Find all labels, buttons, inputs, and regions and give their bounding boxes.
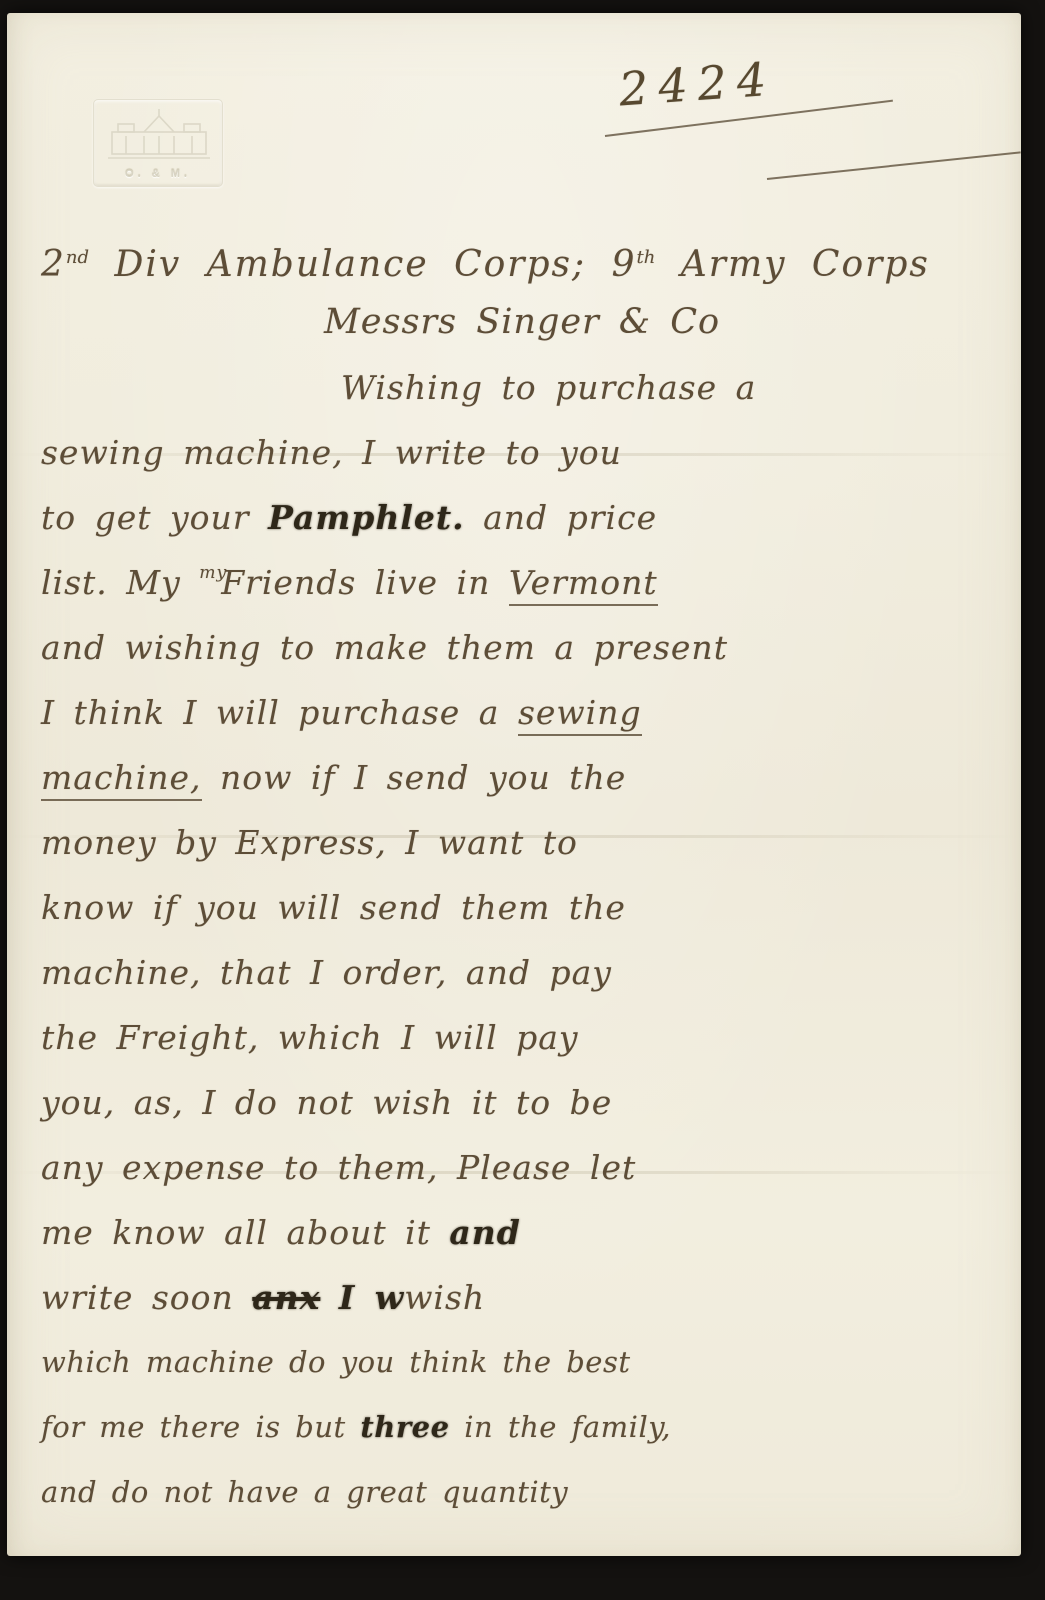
line-text: wish [404,1278,485,1317]
ink-blotted-word: three [360,1410,449,1444]
letter-line: you, as, I do not wish it to be [41,1070,1003,1135]
letter-line: write soon anx I wwish [41,1265,1003,1330]
ink-blotted-word: Pamphlet. [268,498,465,537]
letter-line: and wishing to make them a present [41,615,1003,680]
letter-line: list. My myFriends live in Vermont [41,550,1003,615]
heading-text: Army Corps [655,244,930,285]
letter-line: for me there is but three in the family, [41,1395,1003,1460]
ink-blotted-word: and [449,1213,520,1252]
ordinal-superscript: th [637,247,656,268]
letter-line: me know all about it and [41,1200,1003,1265]
line-text [320,1278,339,1317]
line-text: list. My [41,563,199,602]
letter-paper: O. & M. 2424 2nd Div Ambulance Corps; 9t… [7,13,1021,1556]
underlined-word: Vermont [509,563,658,606]
letter-line: machine, now if I send you the [41,745,1003,810]
letter-line: sewing machine, I write to you [41,420,1003,485]
line-text: to get your [41,498,268,537]
line-text: Friends live in [221,563,509,602]
heading-text: 2 [41,244,66,285]
handwritten-letter-body: 2nd Div Ambulance Corps; 9th Army Corps … [41,225,1003,1525]
underlined-word: machine, [41,758,202,801]
line-text: I think I will purchase a [41,693,518,732]
underlined-word: sewing [518,693,642,736]
line-text: write soon [41,1278,252,1317]
letter-line: machine, that I order, and pay [41,940,1003,1005]
ordinal-superscript: nd [66,247,89,268]
letter-line: which machine do you think the best [41,1330,1003,1395]
ink-blotted-word: I w [339,1278,404,1317]
letter-line: to get your Pamphlet. and price [41,485,1003,550]
line-text: in the family, [450,1410,671,1444]
line-text: now if I send you the [202,758,627,797]
embossed-stationery-stamp: O. & M. [93,99,223,187]
handwritten-page-number: 2424 [617,52,777,117]
letter-salutation: Messrs Singer & Co [41,290,1003,355]
heading-text: Div Ambulance Corps; 9 [89,244,636,285]
letter-line: I think I will purchase a sewing [41,680,1003,745]
letter-line: any expense to them, Please let [41,1135,1003,1200]
letter-line: and do not have a great quantity [41,1460,1003,1525]
line-text: me know all about it [41,1213,449,1252]
line-text: and price [465,498,658,537]
interlinear-insertion: my [199,541,227,606]
letter-heading-unit: 2nd Div Ambulance Corps; 9th Army Corps [41,225,1003,290]
crossed-out-word: anx [252,1278,320,1317]
line-text: for me there is but [41,1410,360,1444]
letter-line: know if you will send them the [41,875,1003,940]
underline-flourish [767,151,1021,180]
capitol-building-icon [100,106,218,162]
letter-line: money by Express, I want to [41,810,1003,875]
letter-line: the Freight, which I will pay [41,1005,1003,1070]
letter-line: Wishing to purchase a [41,355,1003,420]
stamp-monogram: O. & M. [125,168,191,180]
